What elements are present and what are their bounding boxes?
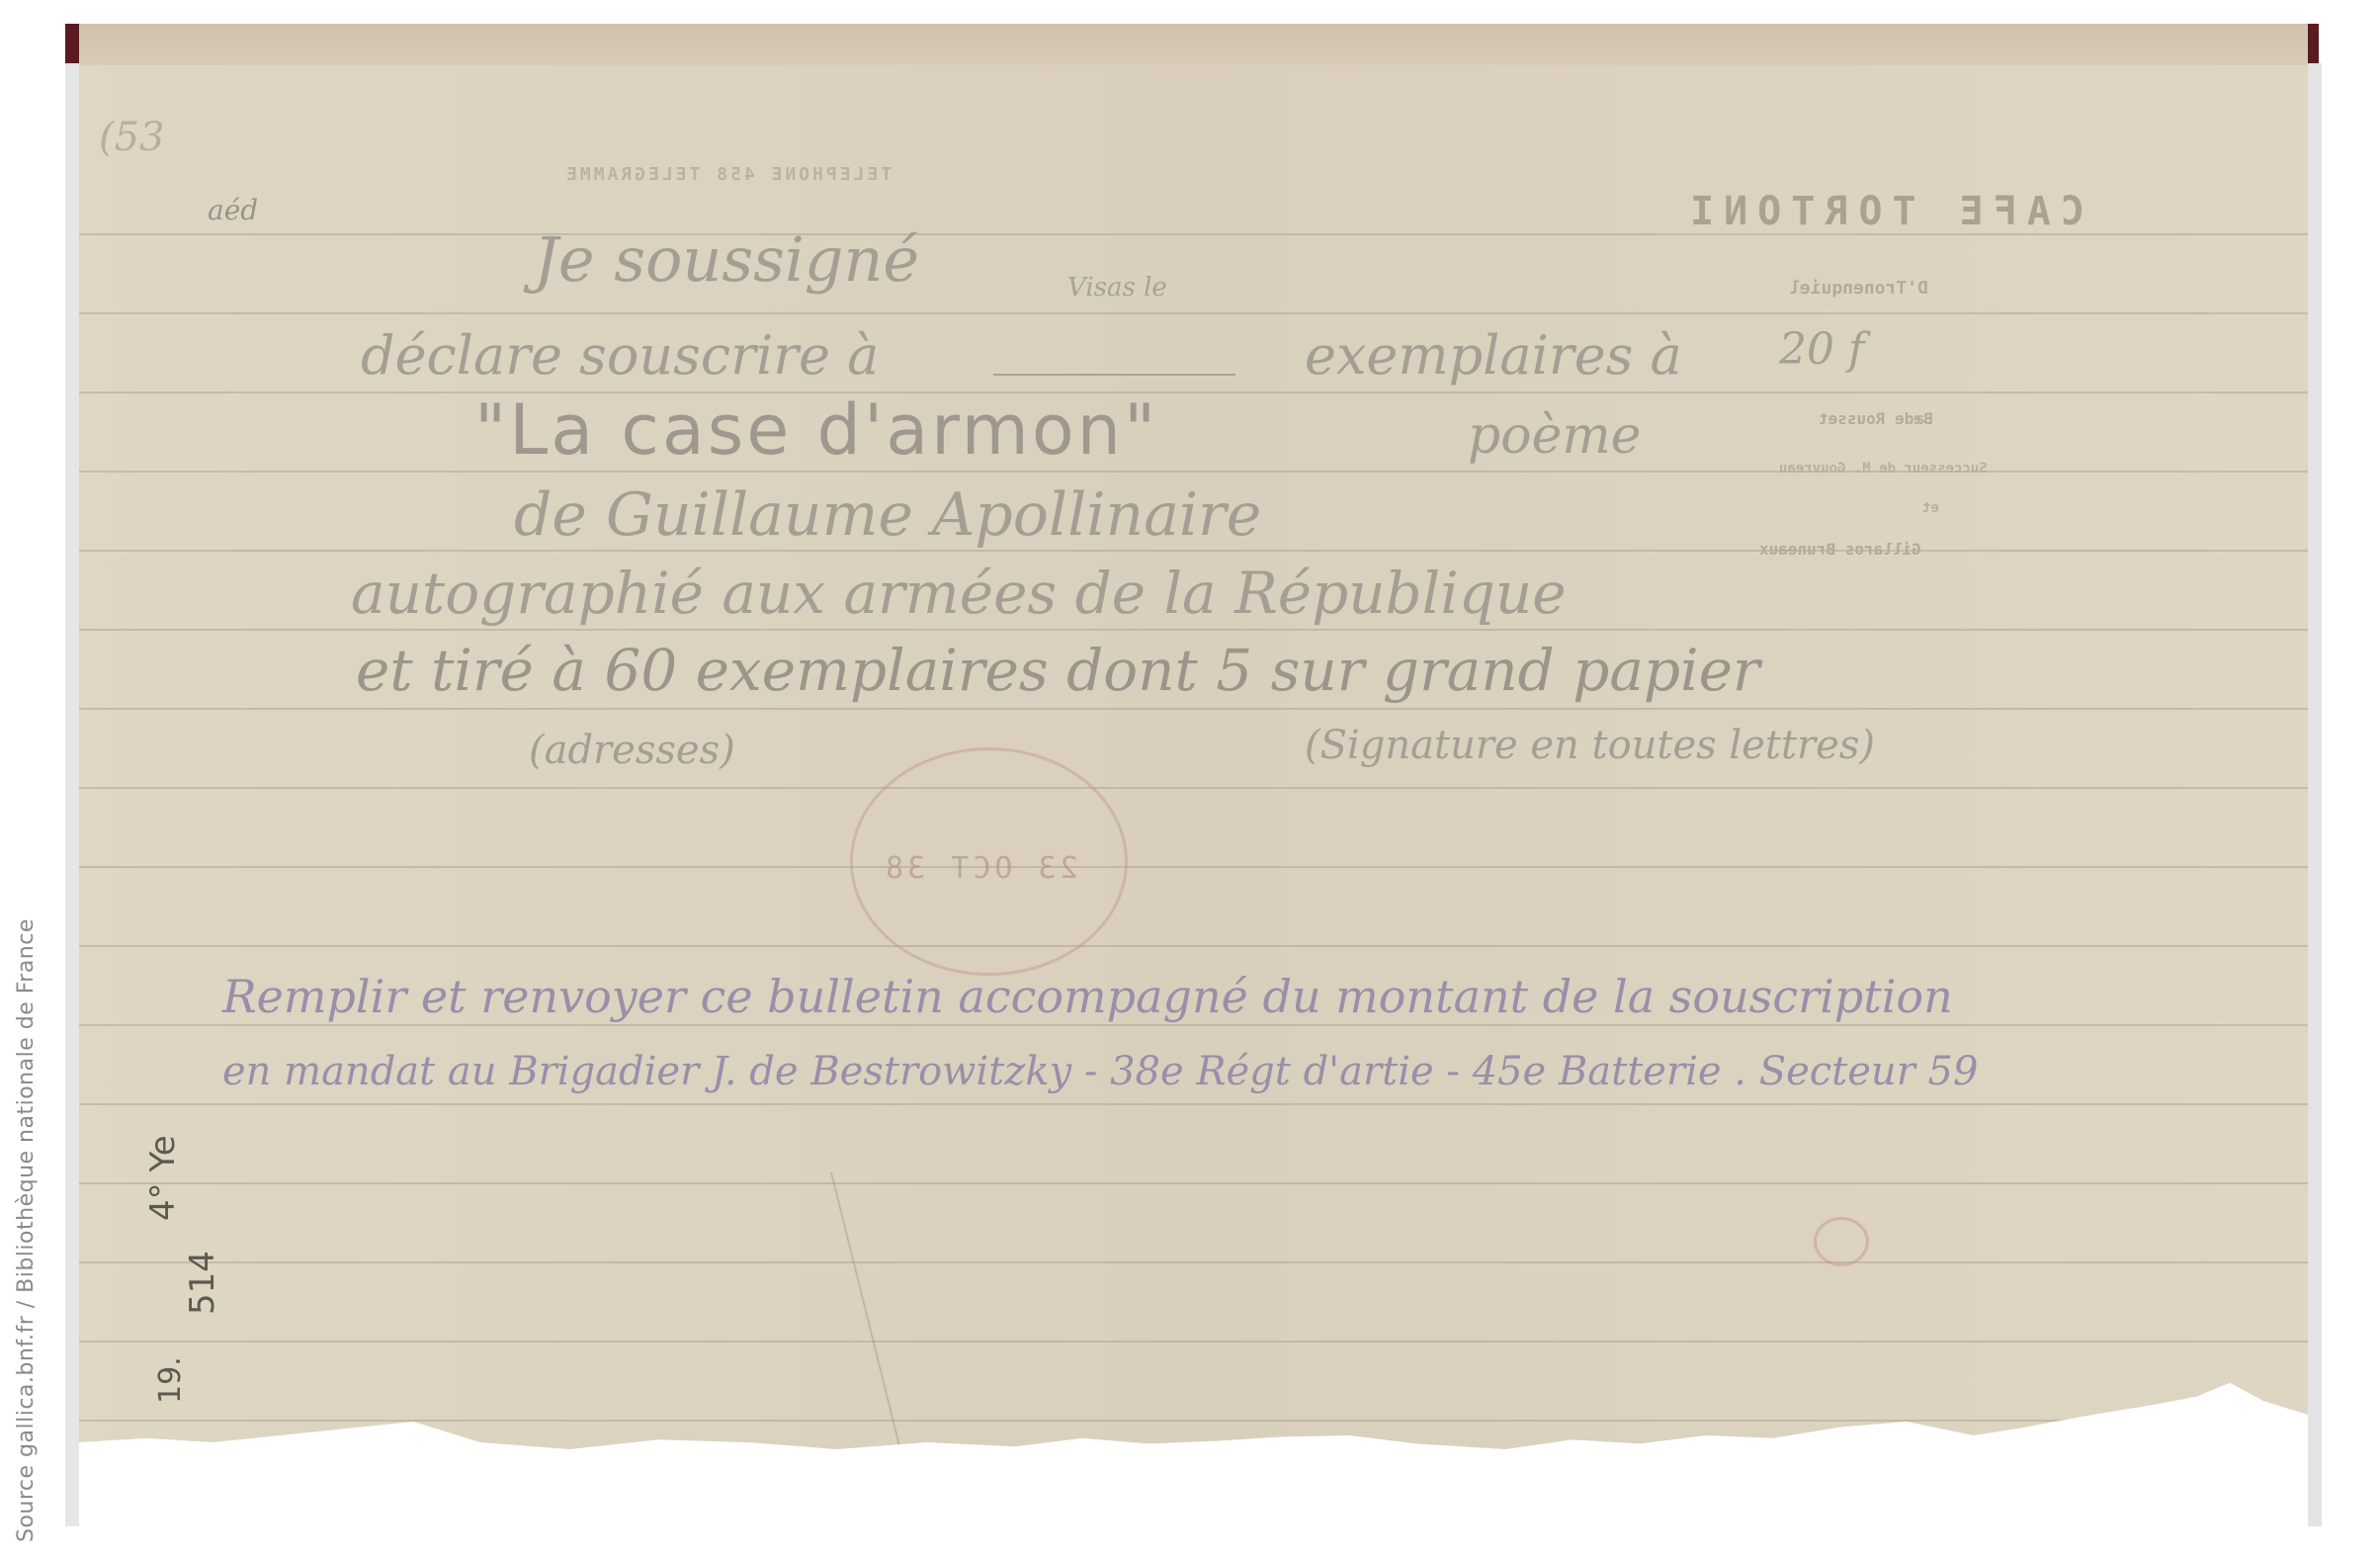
form-line-3-title: "La case d'armon" xyxy=(474,390,1158,471)
form-line-3b: poème xyxy=(1468,406,1641,466)
folio-annotation: (53 xyxy=(99,115,165,160)
pencil-note: aéd xyxy=(208,194,258,226)
letterhead-telephone: TELEPHONE 458 TELEGRAMME xyxy=(563,164,892,185)
letterhead-subline: D'Tronenquiel xyxy=(1789,278,1928,299)
form-line-2-price: 20 f xyxy=(1779,324,1864,375)
letterhead-subline: et xyxy=(1922,500,1939,516)
ruled-line xyxy=(79,708,2308,710)
library-stamp xyxy=(1814,1217,1869,1266)
form-line-7-right: (Signature en toutes lettres) xyxy=(1305,723,1875,768)
instructions-line-2: en mandat au Brigadier J. de Bestrowitzk… xyxy=(222,1049,1978,1094)
ruled-line xyxy=(79,1341,2308,1342)
top-fold xyxy=(79,24,2308,68)
form-line-6: et tiré à 60 exemplaires dont 5 sur gran… xyxy=(356,637,1760,704)
ruled-line xyxy=(79,1182,2308,1184)
ruled-line xyxy=(79,787,2308,789)
letterhead-name: CAFE TORTONI xyxy=(1680,189,2084,234)
ruled-line xyxy=(79,391,2308,393)
ruled-line xyxy=(79,550,2308,552)
ruled-line xyxy=(79,312,2308,314)
form-line-7-left: (adresses) xyxy=(529,728,735,773)
ruled-line xyxy=(79,629,2308,631)
ruled-line xyxy=(79,1261,2308,1263)
shelfmark-1: 4° Ye xyxy=(143,1135,183,1221)
form-line-2b: exemplaires à xyxy=(1305,324,1682,387)
ruled-line xyxy=(79,1024,2308,1026)
form-line-5: autographié aux armées de la République xyxy=(351,560,1567,627)
shelfmark-3: 19. xyxy=(153,1356,188,1404)
date-stamp-text: 23 OCT 38 xyxy=(882,851,1078,886)
form-line-2a: déclare souscrire à xyxy=(361,324,879,387)
form-line-4: de Guillaume Apollinaire xyxy=(514,480,1261,550)
source-credit: Source gallica.bnf.fr / Bibliothèque nat… xyxy=(14,929,53,1542)
letterhead-subline: Successeur de M. Gouvreau xyxy=(1779,461,1988,476)
form-line-1: Je soussigné xyxy=(534,223,919,296)
paper-crease xyxy=(830,1172,904,1461)
ruled-line xyxy=(79,866,2308,868)
shelfmark-2: 514 xyxy=(183,1251,222,1315)
instructions-line-1: Remplir et renvoyer ce bulletin accompag… xyxy=(222,970,1953,1023)
ruled-line xyxy=(79,1420,2308,1422)
paper-sheet: (53 aéd TELEPHONE 458 TELEGRAMME CAFE TO… xyxy=(79,65,2308,1449)
form-line-1-fill: Visas le xyxy=(1067,273,1167,303)
margin-strip-left xyxy=(65,63,79,1526)
form-line-2-blank xyxy=(993,374,1235,376)
ruled-line xyxy=(79,945,2308,947)
letterhead-subline: Gillaros Bruneaux xyxy=(1759,540,1921,559)
ruled-line xyxy=(79,1103,2308,1105)
margin-strip-right xyxy=(2308,63,2322,1526)
letterhead-subline: Bæde Rousset xyxy=(1819,409,1933,428)
